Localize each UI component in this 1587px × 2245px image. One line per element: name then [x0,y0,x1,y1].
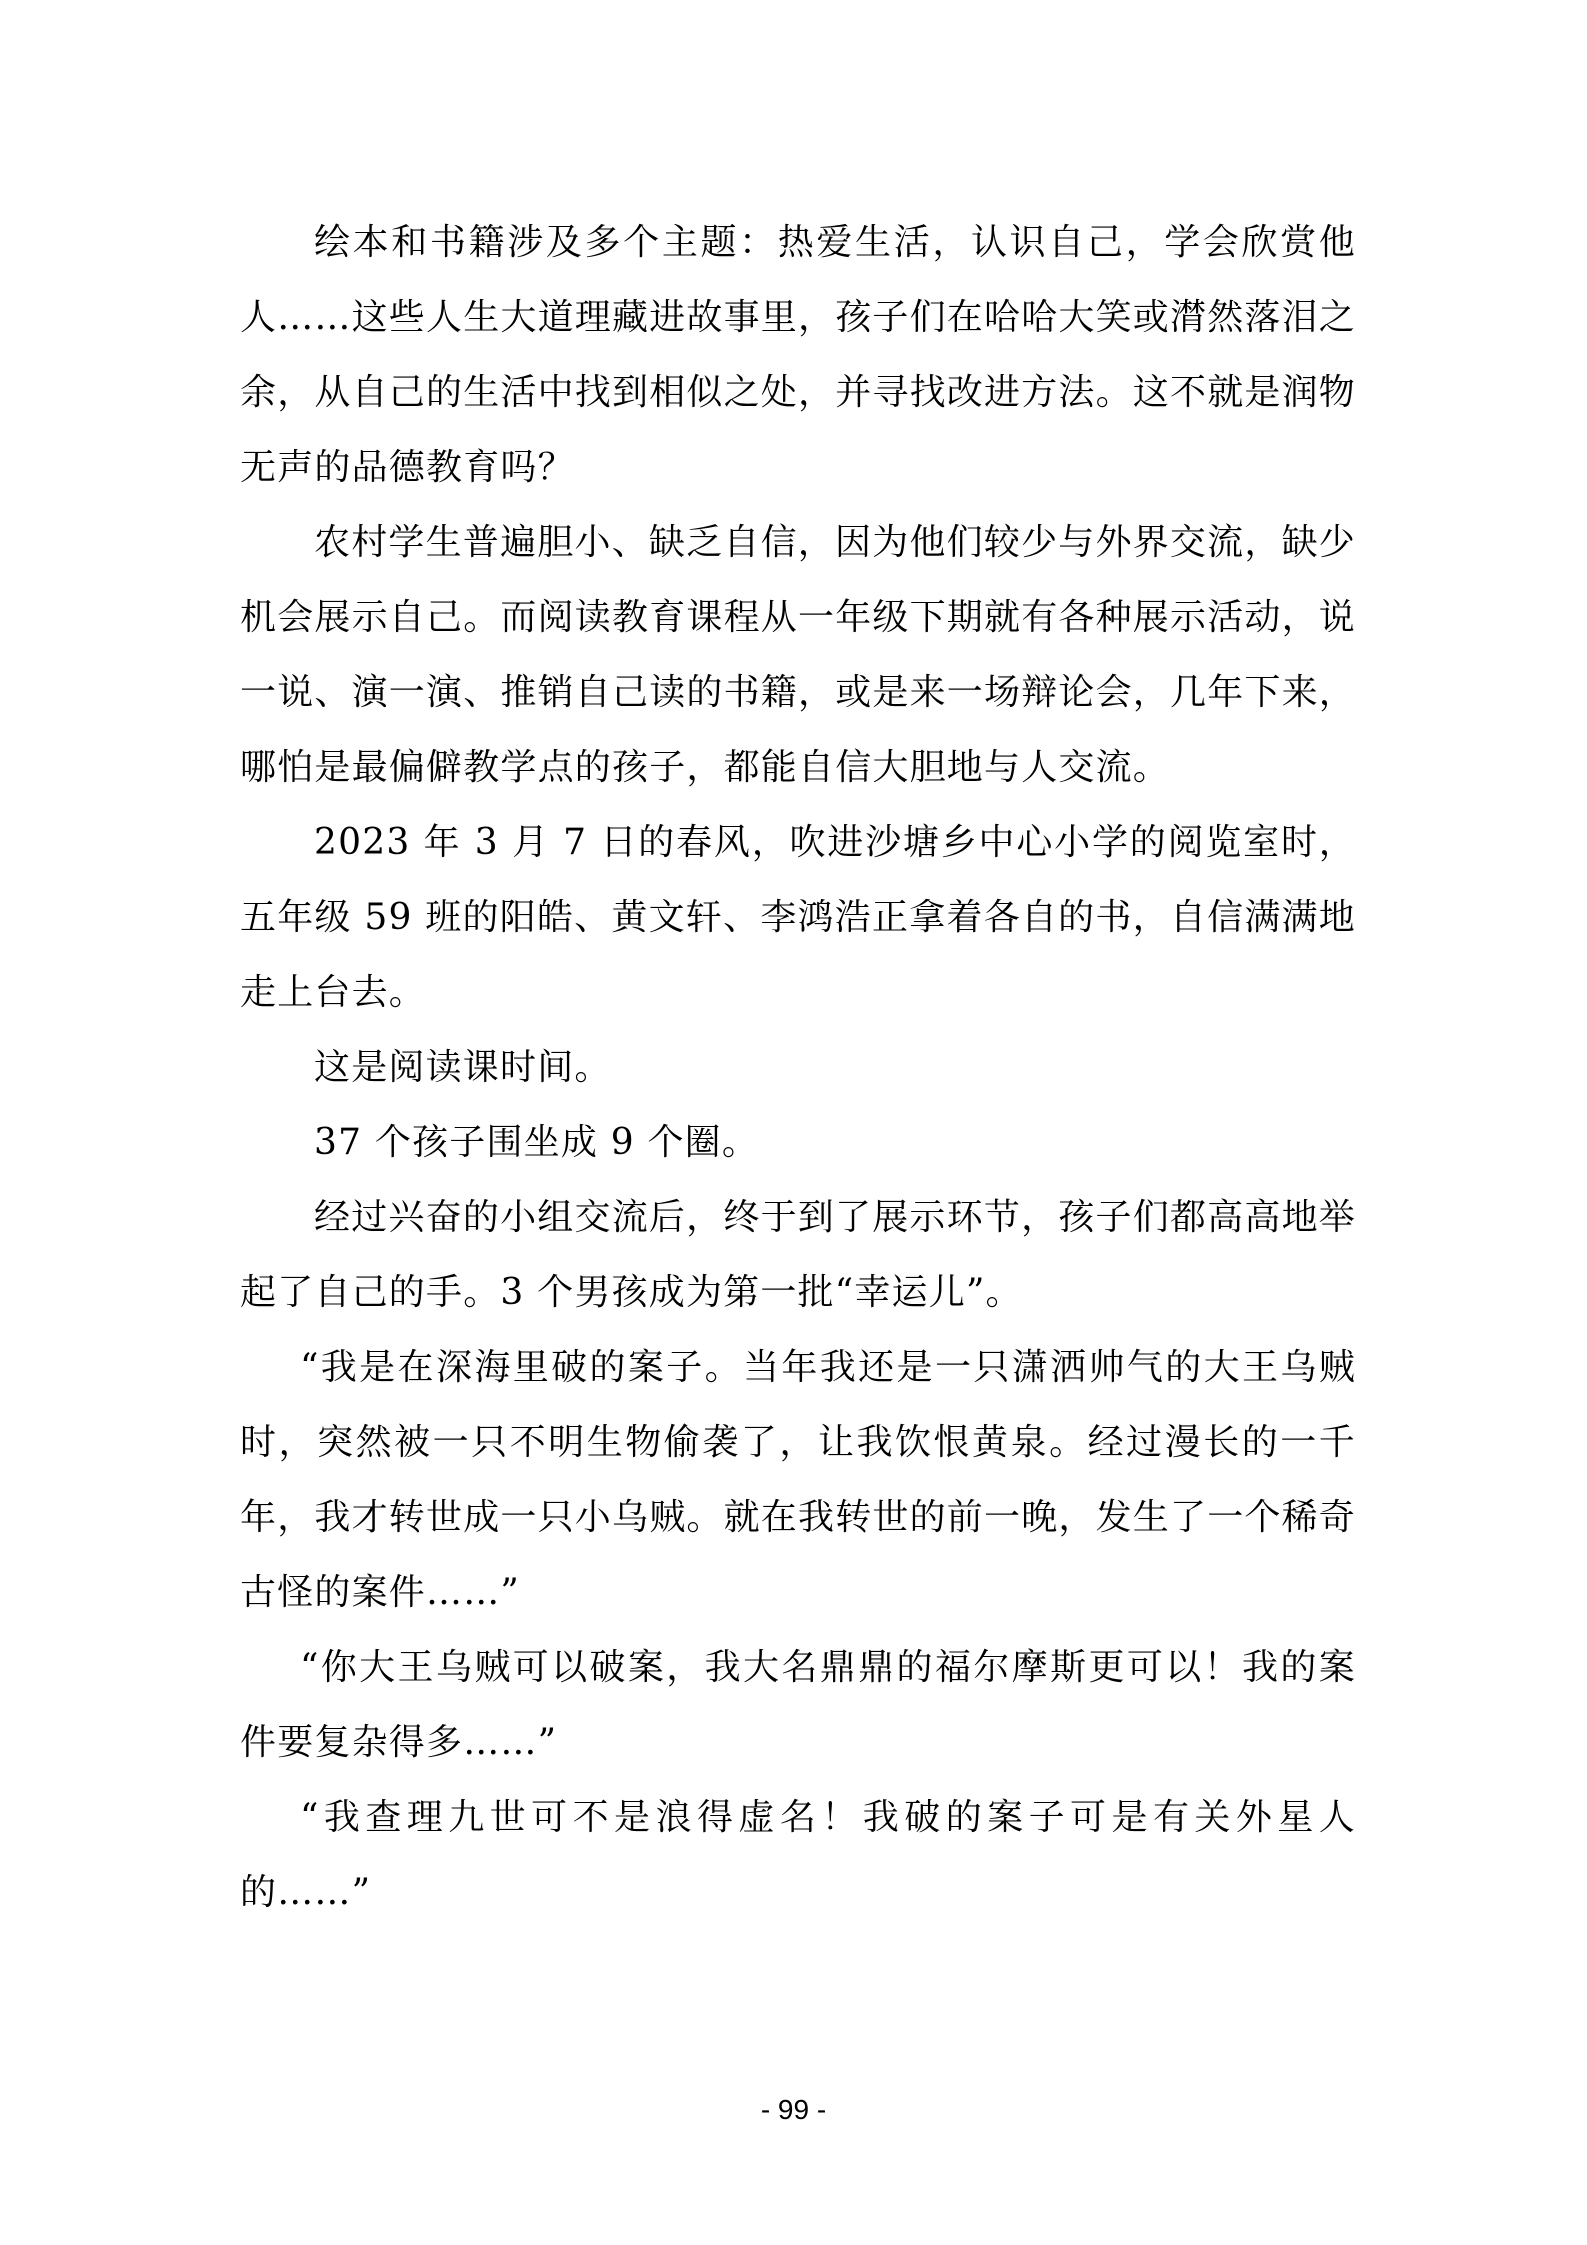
quote-charlie-ix: “我查理九世可不是浪得虚名！我破的案子可是有关外星人的……” [240,1780,1356,1930]
paragraph-show-session: 经过兴奋的小组交流后，终于到了展示环节，孩子们都高高地举起了自己的手。3 个男孩… [240,1180,1356,1330]
paragraph-nine-circles: 37 个孩子围坐成 9 个圈。 [240,1105,1356,1180]
quote-squid: “我是在深海里破的案子。当年我还是一只潇洒帅气的大王乌贼时，突然被一只不明生物偷… [240,1330,1356,1630]
paragraph-rural-students: 农村学生普遍胆小、缺乏自信，因为他们较少与外界交流，缺少机会展示自己。而阅读教育… [240,505,1356,805]
paragraph-spring-breeze: 2023 年 3 月 7 日的春风，吹进沙塘乡中心小学的阅览室时，五年级 59 … [240,805,1356,1030]
document-body: 绘本和书籍涉及多个主题：热爱生活，认识自己，学会欣赏他人……这些人生大道理藏进故… [240,205,1356,1930]
page-number: - 99 - [0,2094,1587,2126]
quote-sherlock: “你大王乌贼可以破案，我大名鼎鼎的福尔摩斯更可以！我的案件要复杂得多……” [240,1630,1356,1780]
paragraph-moral-education: 绘本和书籍涉及多个主题：热爱生活，认识自己，学会欣赏他人……这些人生大道理藏进故… [240,205,1356,505]
paragraph-reading-class: 这是阅读课时间。 [240,1030,1356,1105]
